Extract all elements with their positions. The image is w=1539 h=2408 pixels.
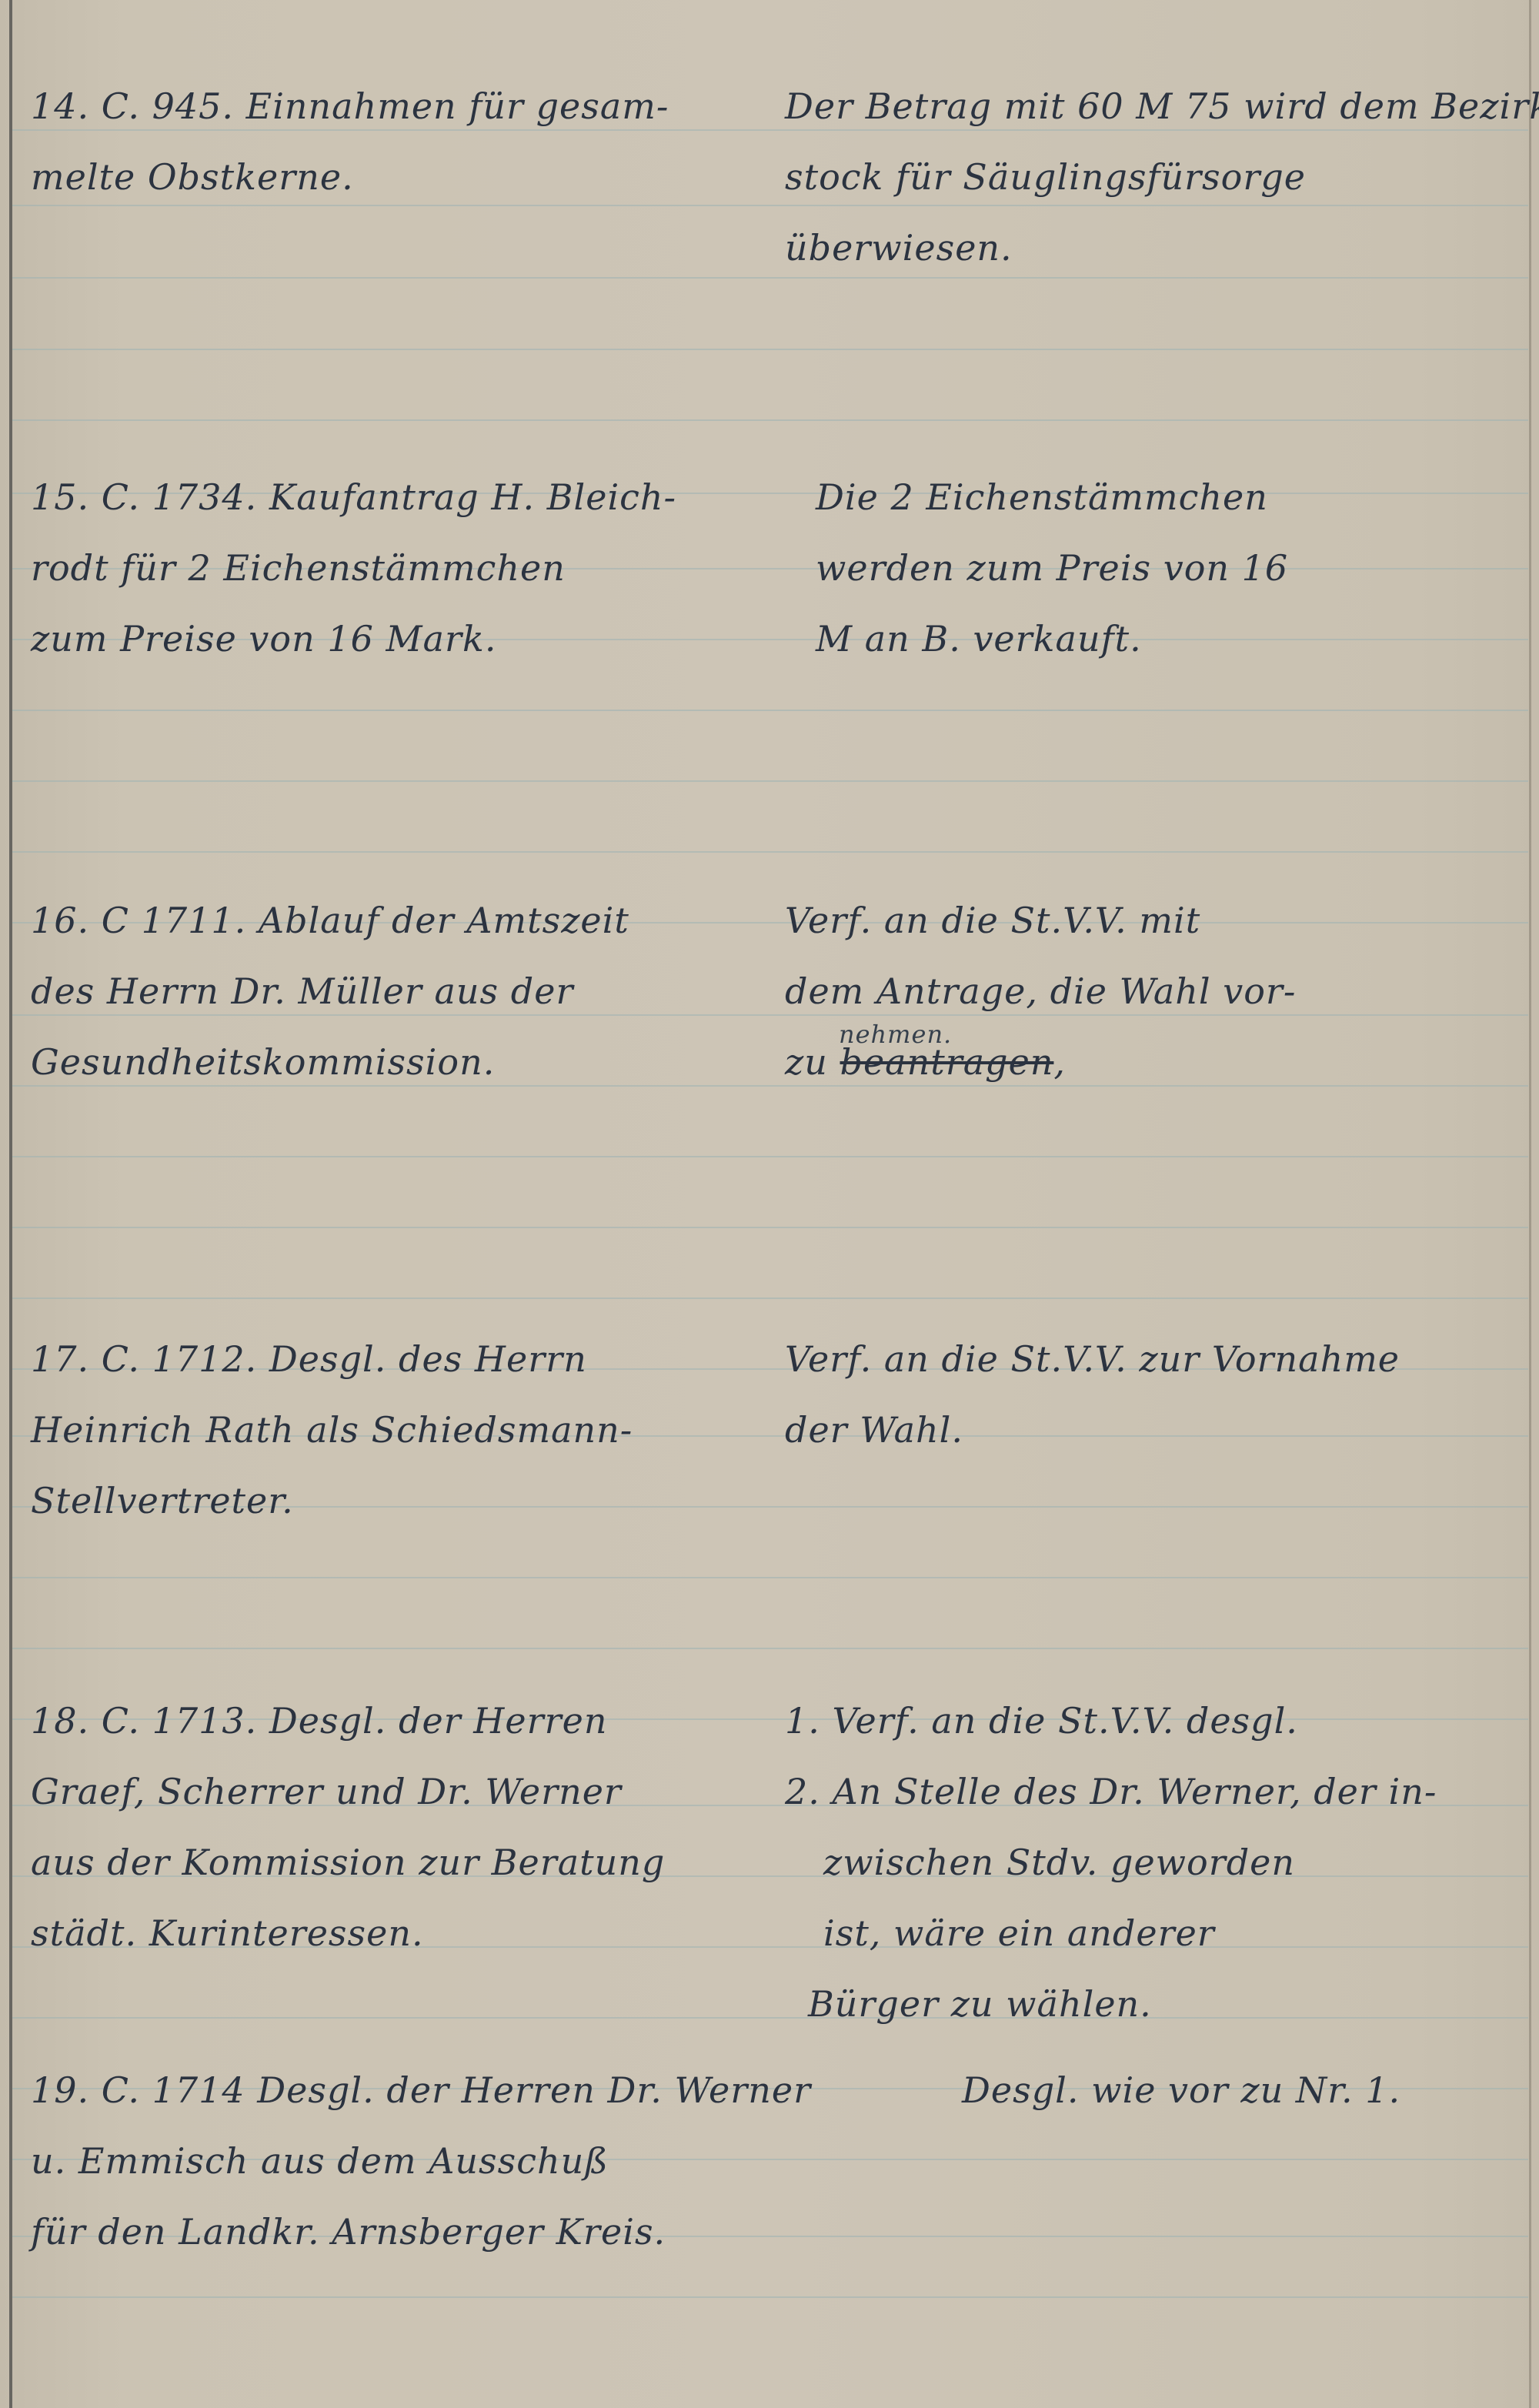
entry-subject: 17. C. 1712. Desgl. des Herrn Heinrich R… [31,1324,769,1536]
subject-line: Heinrich Rath als Schiedsmann- [31,1394,769,1465]
subject-line: aus der Kommission zur Beratung [31,1827,769,1898]
decision-line: Desgl. wie vor zu Nr. 1. [962,2055,1539,2126]
decision-punct: , [1053,1041,1066,1083]
decision-word: zu [785,1041,828,1083]
decision-line: werden zum Preis von 16 [816,533,1539,603]
ledger-page: 14. C. 945. Einnahmen für gesam- melte O… [0,0,1539,2408]
subject-line: 17. C. 1712. Desgl. des Herrn [31,1324,769,1394]
entry-subject: 15. C. 1734. Kaufantrag H. Bleich- rodt … [31,462,769,674]
entry-subject: 16. C 1711. Ablauf der Amtszeit des Herr… [31,885,769,1097]
subject-line: städt. Kurinteressen. [31,1898,769,1969]
decision-line: ist, wäre ein anderer [785,1898,1508,1969]
entry-subject: 19. C. 1714 Desgl. der Herren Dr. Werner… [31,2055,769,2267]
subject-line: 14. C. 945. Einnahmen für gesam- [31,71,769,142]
ruled-lines [12,0,1528,2408]
decision-line: Bürger zu wählen. [785,1969,1508,2039]
subject-line: 15. C. 1734. Kaufantrag H. Bleich- [31,462,769,533]
entry-decision: Die 2 Eichenstämmchen werden zum Preis v… [816,462,1539,674]
decision-line: zwischen Stdv. geworden [785,1827,1508,1898]
decision-line: der Wahl. [785,1394,1508,1465]
subject-line: 16. C 1711. Ablauf der Amtszeit [31,885,769,956]
decision-line: überwiesen. [785,212,1508,283]
subject-line: 18. C. 1713. Desgl. der Herren [31,1685,769,1756]
subject-line: für den Landkr. Arnsberger Kreis. [31,2196,769,2267]
decision-line: Der Betrag mit 60 M 75 wird dem Bezirks- [785,71,1508,142]
decision-line-corrected: zu nehmen. beantragen, [785,1027,1508,1097]
entry-decision: 1. Verf. an die St.V.V. desgl. 2. An Ste… [785,1685,1508,2039]
decision-line: Verf. an die St.V.V. mit [785,885,1508,956]
subject-line: rodt für 2 Eichenstämmchen [31,533,769,603]
subject-line: melte Obstkerne. [31,142,769,212]
subject-line: des Herrn Dr. Müller aus der [31,956,769,1027]
decision-line: Die 2 Eichenstämmchen [816,462,1539,533]
subject-line: Graef, Scherrer und Dr. Werner [31,1756,769,1827]
decision-line: M an B. verkauft. [816,603,1539,674]
subject-line: Stellvertreter. [31,1465,769,1536]
decision-line: Verf. an die St.V.V. zur Vornahme [785,1324,1508,1394]
decision-line: dem Antrage, die Wahl vor- [785,956,1508,1027]
entry-decision: Der Betrag mit 60 M 75 wird dem Bezirks-… [785,71,1508,283]
subject-line: 19. C. 1714 Desgl. der Herren Dr. Werner [31,2055,769,2126]
right-page-edge [1529,0,1531,2408]
decision-line: 1. Verf. an die St.V.V. desgl. [785,1685,1508,1756]
inserted-correction: nehmen. [839,1022,952,1047]
entry-decision: Desgl. wie vor zu Nr. 1. [962,2055,1539,2126]
entry-subject: 18. C. 1713. Desgl. der Herren Graef, Sc… [31,1685,769,1969]
subject-line: u. Emmisch aus dem Ausschuß [31,2126,769,2196]
entry-subject: 14. C. 945. Einnahmen für gesam- melte O… [31,71,769,212]
decision-line: stock für Säuglingsfürsorge [785,142,1508,212]
entry-decision: Verf. an die St.V.V. mit dem Antrage, di… [785,885,1508,1097]
subject-line: zum Preise von 16 Mark. [31,603,769,674]
subject-line: Gesundheitskommission. [31,1027,769,1097]
entry-decision: Verf. an die St.V.V. zur Vornahme der Wa… [785,1324,1508,1465]
decision-line: 2. An Stelle des Dr. Werner, der in- [785,1756,1508,1827]
